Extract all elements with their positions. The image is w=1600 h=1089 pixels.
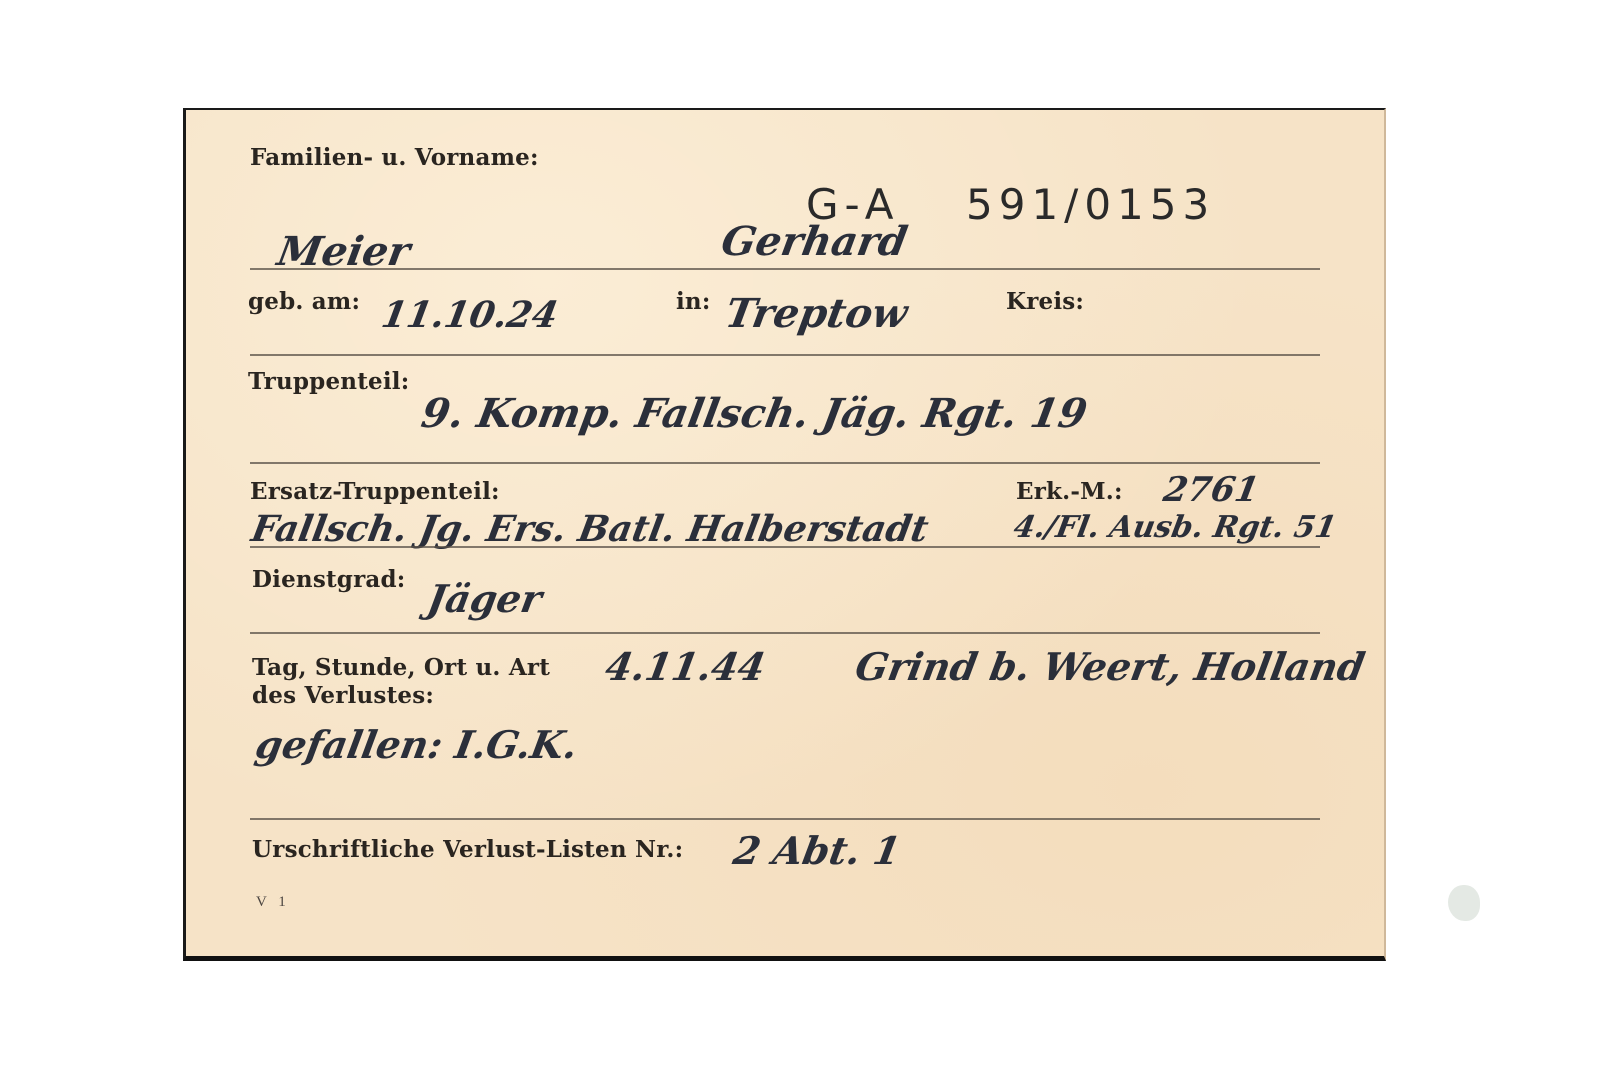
birth-place-label: in: [676,288,711,315]
birth-date-value: 11.10.24 [378,294,561,336]
district-label: Kreis: [1006,288,1084,315]
reference-number-stamp: 591/0153 [966,180,1215,229]
replacement-unit-label: Ersatz-Truppenteil: [250,478,500,505]
loss-list-label: Urschriftliche Verlust-Listen Nr.: [252,836,683,863]
divider [250,818,1320,820]
loss-label-line1: Tag, Stunde, Ort u. Art [252,654,550,681]
id-tag-unit: 4./Fl. Ausb. Rgt. 51 [1011,510,1339,545]
loss-label-line2: des Verlustes: [252,682,434,709]
loss-list-value: 2 Abt. 1 [730,828,904,873]
casualty-index-card: Familien- u. Vorname: G-A 591/0153 Meier… [183,108,1386,961]
replacement-unit-value: Fallsch. Jg. Ers. Batl. Halberstadt [248,508,931,550]
loss-place-value: Grind b. Weert, Holland [852,644,1368,689]
birth-place-value: Treptow [722,290,911,337]
rank-value: Jäger [424,576,545,621]
loss-type-value: gefallen: I.G.K. [252,722,581,767]
form-code: V 1 [256,894,290,911]
divider [250,546,1320,548]
divider [250,462,1320,464]
birth-date-label: geb. am: [248,288,360,315]
name-label: Familien- u. Vorname: [250,144,539,171]
rank-label: Dienstgrad: [252,566,406,593]
given-name-value: Gerhard [718,218,911,265]
id-tag-number: 2761 [1160,470,1262,510]
divider [250,632,1320,634]
loss-date-value: 4.11.44 [602,644,769,689]
unit-label: Truppenteil: [248,368,409,395]
divider [250,268,1320,270]
unit-value: 9. Komp. Fallsch. Jäg. Rgt. 19 [418,390,1091,437]
paper-stain [1448,885,1480,921]
id-tag-label: Erk.-M.: [1016,478,1123,505]
divider [250,354,1320,356]
